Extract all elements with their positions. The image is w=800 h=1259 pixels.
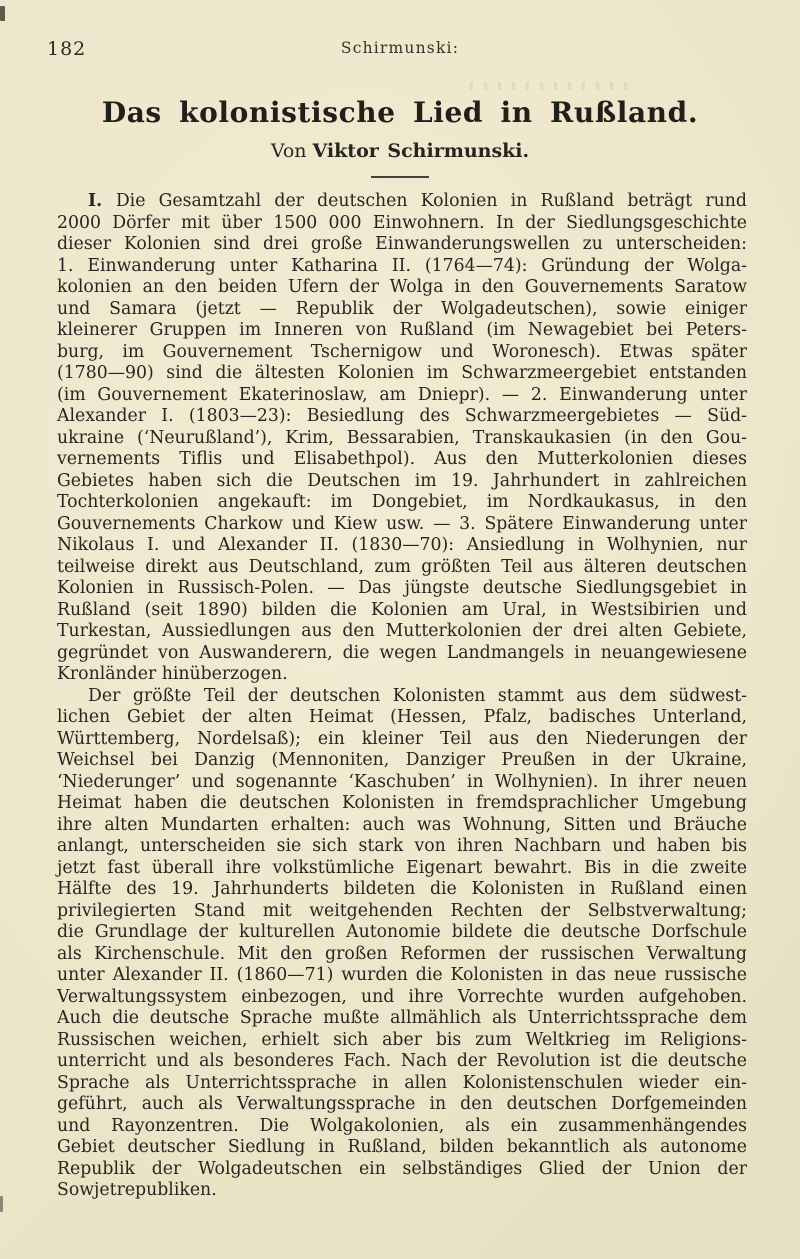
text-line: dieser Kolonien sind drei große Einwande… [57,234,747,256]
text-line: (im Gouvernement Ekaterinoslaw, am Dniep… [57,385,747,407]
text-line: Kronländer hinüberzogen. [57,664,747,686]
text-line: teilweise direkt aus Deutschland, zum gr… [57,557,747,579]
text-line: lichen Gebiet der alten Heimat (Hessen, … [57,707,747,729]
text-line: Gebiet deutscher Siedlung in Rußland, bi… [57,1137,747,1159]
text-line: geführt, auch als Verwaltungssprache in … [57,1094,747,1116]
paragraph-lead-numeral: I. [88,191,116,211]
paragraph: I. Die Gesamtzahl der deutschen Kolonien… [57,191,747,686]
text-line: Russischen weichen, erhielt sich aber bi… [57,1030,747,1052]
text-line: Rußland (seit 1890) bilden die Kolonien … [57,600,747,622]
text-line: Der größte Teil der deutschen Kolonisten… [57,686,747,708]
text-line: und Samara (jetzt — Republik der Wolgade… [57,299,747,321]
text-line: ‘Niederunger’ und sogenannte ‘Kaschuben’… [57,772,747,794]
text-line: unterricht und als besonderes Fach. Nach… [57,1051,747,1073]
text-line: jetzt fast überall ihre volkstümliche Ei… [57,858,747,880]
text-line: Heimat haben die deutschen Kolonisten in… [57,793,747,815]
text-line: privilegierten Stand mit weitgehenden Re… [57,901,747,923]
text-line: als Kirchenschule. Mit den großen Reform… [57,944,747,966]
article-title: Das kolonistische Lied in Rußland. [0,96,800,129]
text-line: Hälfte des 19. Jahrhunderts bildeten die… [57,879,747,901]
text-line: Gebietes haben sich die Deutschen im 19.… [57,471,747,493]
text-line: ihre alten Mundarten erhalten: auch was … [57,815,747,837]
text-line: 2000 Dörfer mit über 1500 000 Einwohnern… [57,213,747,235]
text-line: Nikolaus I. und Alexander II. (1830—70):… [57,535,747,557]
text-line: Weichsel bei Danzig (Mennoniten, Danzige… [57,750,747,772]
text-line: 1. Einwanderung unter Katharina II. (176… [57,256,747,278]
text-line: Gouvernements Charkow und Kiew usw. — 3.… [57,514,747,536]
text-line: Württemberg, Nordelsaß); ein kleiner Tei… [57,729,747,751]
scan-artifact-speck [0,1196,3,1212]
text-line: gegründet von Auswanderern, die wegen La… [57,643,747,665]
author-name: Viktor Schirmunski. [313,140,530,162]
text-line: ukraine (‘Neurußland’), Krim, Bessarabie… [57,428,747,450]
byline-prefix: Von [271,140,307,162]
text-line: Tochterkolonien angekauft: im Dongebiet,… [57,492,747,514]
article-body: I. Die Gesamtzahl der deutschen Kolonien… [57,191,747,1202]
text-line: Alexander I. (1803—23): Besiedlung des S… [57,406,747,428]
text-line: unter Alexander II. (1860—71) wurden die… [57,965,747,987]
text-line: die Grundlage der kulturellen Autonomie … [57,922,747,944]
text-line: anlangt, unterscheiden sie sich stark vo… [57,836,747,858]
text-line: I. Die Gesamtzahl der deutschen Kolonien… [57,191,747,213]
text-line: und Rayonzentren. Die Wolgakolonien, als… [57,1116,747,1138]
byline: VonViktor Schirmunski. [0,140,800,162]
text-line: Turkestan, Aussiedlungen aus den Mutterk… [57,621,747,643]
text-line: Sprache als Unterrichtssprache in allen … [57,1073,747,1095]
scan-smudge [470,82,630,90]
running-head: 182 Schirmunski: [0,38,800,62]
running-header-text: Schirmunski: [0,39,800,57]
scanned-book-page: 182 Schirmunski: Das kolonistische Lied … [0,0,800,1259]
text-line: Sowjetrepubliken. [57,1180,747,1202]
scan-artifact-speck [0,6,5,21]
text-line: Verwaltungssystem einbezogen, und ihre V… [57,987,747,1009]
paragraph: Der größte Teil der deutschen Kolonisten… [57,686,747,1202]
text-line: kolonien an den beiden Ufern der Wolga i… [57,277,747,299]
text-line: Republik der Wolgadeutschen ein selbstän… [57,1159,747,1181]
text-line: kleinerer Gruppen im Inneren von Rußland… [57,320,747,342]
text-line: Auch die deutsche Sprache mußte allmähli… [57,1008,747,1030]
text-line: vernements Tiflis und Elisabethpol). Aus… [57,449,747,471]
text-line: Kolonien in Russisch-Polen. — Das jüngst… [57,578,747,600]
text-line: (1780—90) sind die ältesten Kolonien im … [57,363,747,385]
text-line: burg, im Gouvernement Tschernigow und Wo… [57,342,747,364]
section-divider-rule [371,176,429,178]
